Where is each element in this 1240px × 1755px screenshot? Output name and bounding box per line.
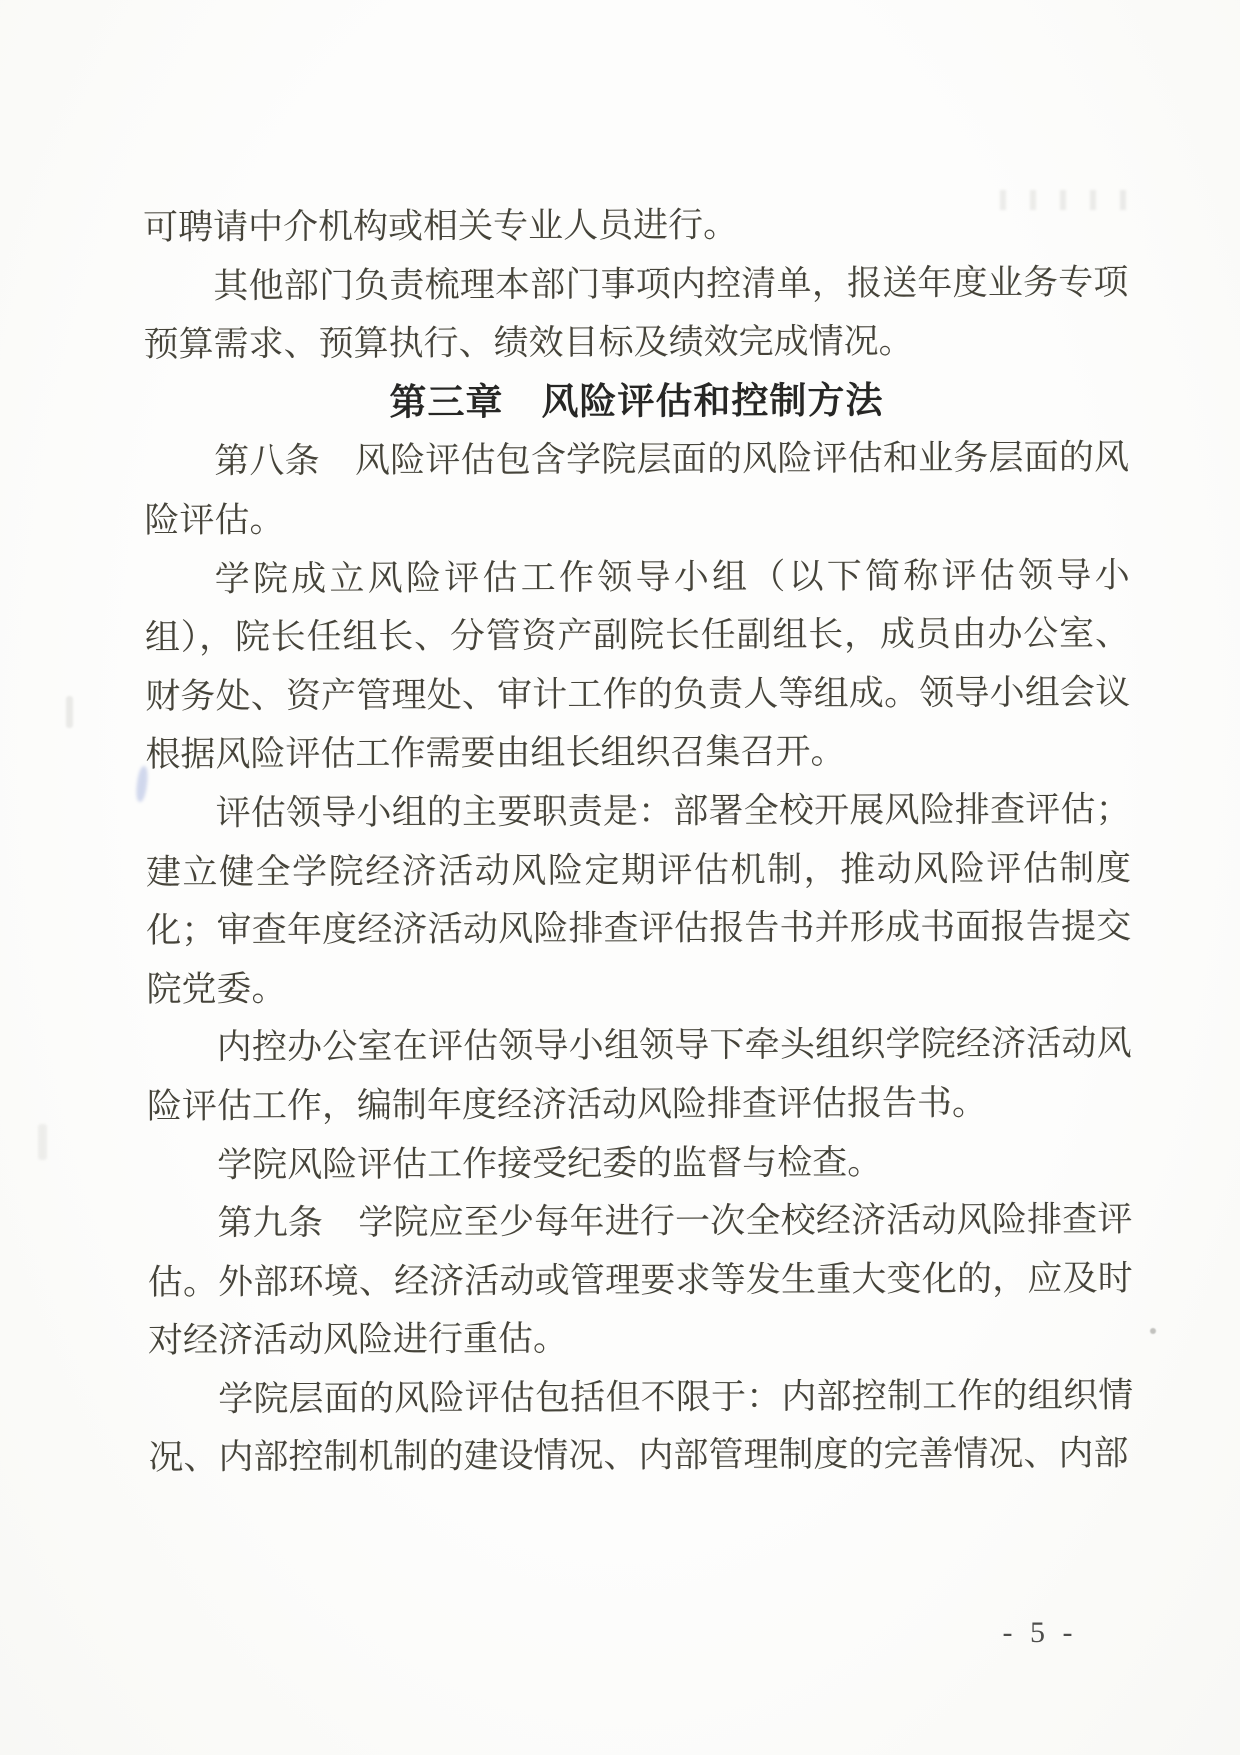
paragraph: 学院成立风险评估工作领导小组（以下简称评估领导小组），院长任组长、分管资产副院长… — [145, 546, 1131, 785]
chapter-heading: 第三章 风险评估和控制方法 — [144, 370, 1129, 433]
scan-smudge-gray-2 — [38, 1124, 47, 1160]
paragraph: 学院风险评估工作接受纪委的监督与检查。 — [147, 1132, 1132, 1195]
paragraph: 第八条 风险评估包含学院层面的风险评估和业务层面的风险评估。 — [144, 429, 1130, 550]
scan-smudge-gray-1 — [66, 696, 73, 728]
paragraph: 可聘请中介机构或相关专业人员进行。 — [143, 195, 1128, 258]
paragraph: 其他部门负责梳理本部门事项内控清单，报送年度业务专项预算需求、预算执行、绩效目标… — [143, 253, 1129, 374]
paragraph: 第九条 学院应至少每年进行一次全校经济活动风险排查评估。外部环境、经济活动或管理… — [147, 1191, 1133, 1371]
paragraph: 内控办公室在评估领导小组领导下牵头组织学院经济活动风险评估工作，编制年度经济活动… — [147, 1015, 1133, 1136]
scan-dot — [1150, 1328, 1156, 1334]
document-content: 可聘请中介机构或相关专业人员进行。其他部门负责梳理本部门事项内控清单，报送年度业… — [143, 195, 1134, 1488]
paragraph: 学院层面的风险评估包括但不限于：内部控制工作的组织情况、内部控制机制的建设情况、… — [148, 1367, 1134, 1488]
page: 可聘请中介机构或相关专业人员进行。其他部门负责梳理本部门事项内控清单，报送年度业… — [0, 0, 1240, 1755]
page-number: - 5 - — [975, 1616, 1105, 1650]
paragraph: 评估领导小组的主要职责是：部署全校开展风险排查评估；建立健全学院经济活动风险定期… — [146, 781, 1132, 1020]
